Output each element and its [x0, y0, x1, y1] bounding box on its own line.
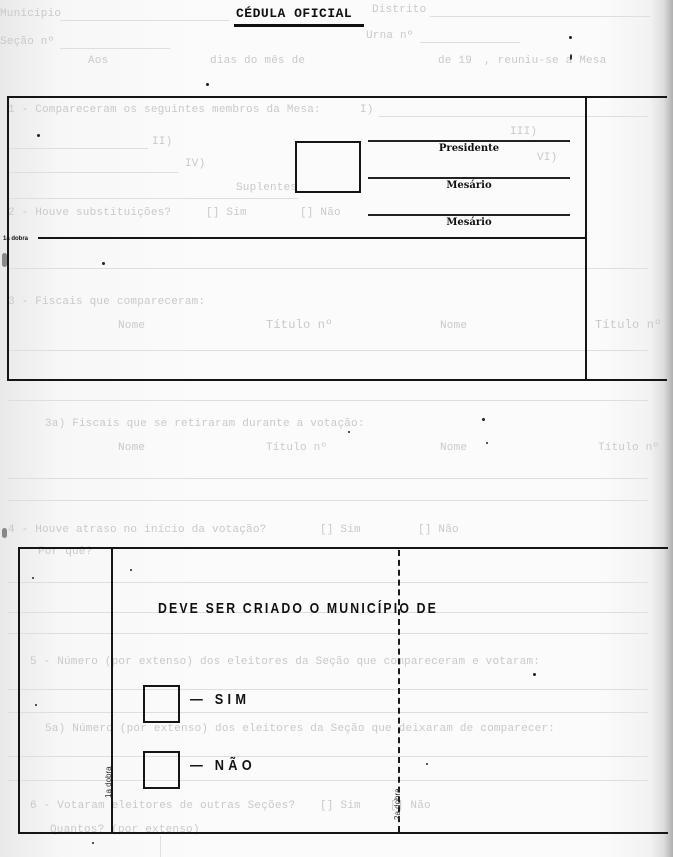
signature-line-mesario-1 [368, 177, 570, 179]
signature-line-president [368, 140, 570, 142]
ghost-sim-4: [] Sim [320, 524, 361, 536]
ghost-col-titulo-3a: Título nº [266, 442, 327, 454]
ghost-col-nome-3a-2: Nome [440, 442, 467, 454]
stamp-box [295, 141, 361, 193]
ballot-frame-top [7, 96, 667, 381]
title-underline [234, 24, 364, 27]
signature-line-mesario-2 [368, 214, 570, 216]
frame-right-divider [585, 96, 587, 381]
ghost-col-titulo-3a-2: Título nº [598, 442, 659, 454]
ghost-secao: Seção nº [0, 36, 54, 48]
ghost-item-4: 4 - Houve atraso no início da votação? [8, 524, 266, 536]
signature-label-president: Presidente [368, 143, 570, 154]
ghost-date-2: dias do mês de [210, 55, 305, 67]
ghost-nao-4: [] Não [418, 524, 459, 536]
ghost-date-4: , reuniu-se a Mesa [484, 55, 606, 67]
ghost-urna: Urna nº [366, 30, 414, 42]
plebiscite-question: DEVE SER CRIADO O MUNICÍPIO DE [158, 600, 438, 617]
document-title: CÉDULA OFICIAL [236, 6, 352, 21]
vote-label-nao: — NÃO [190, 757, 256, 774]
ghost-municipio: Município [0, 8, 61, 20]
ghost-item-3a: 3a) Fiscais que se retiraram durante a v… [45, 418, 365, 430]
ghost-date-1: Aos [88, 55, 108, 67]
ghost-distrito: Distrito [372, 4, 426, 16]
signature-label-mesario-1: Mesário [368, 180, 570, 191]
vote-checkbox-nao[interactable] [143, 751, 180, 789]
signature-label-mesario-2: Mesário [368, 217, 570, 228]
fold-label-top: 1a dobra [3, 236, 28, 242]
fold-line-horizontal [38, 237, 586, 239]
ghost-date-3: de 19 [438, 55, 472, 67]
page-edge-shadow [663, 0, 673, 857]
vote-checkbox-sim[interactable] [143, 685, 180, 723]
ballot-frame-bottom [18, 547, 668, 834]
fold-label-vertical-1: 1a dobra [104, 766, 113, 798]
ghost-col-nome-3a: Nome [118, 442, 145, 454]
fold-label-vertical-2: 2a dobra [393, 788, 402, 820]
vote-label-sim: — SIM [190, 691, 250, 708]
